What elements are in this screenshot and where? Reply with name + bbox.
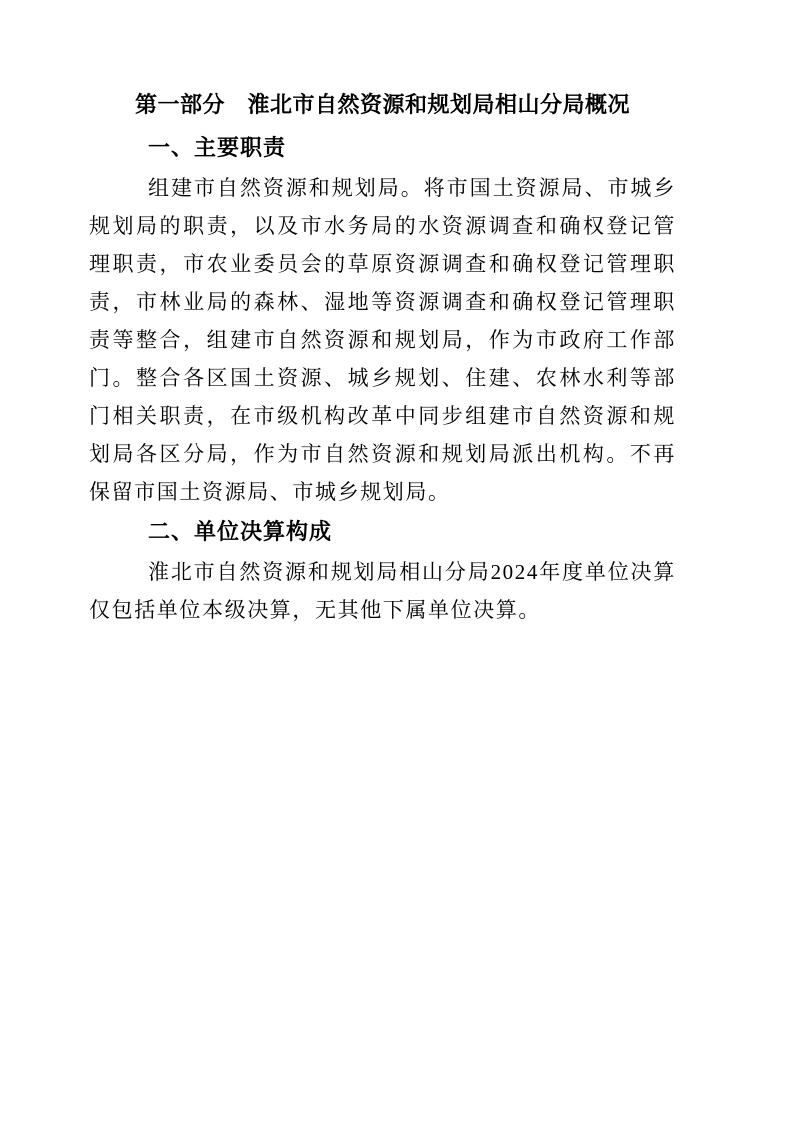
section-unit-final-accounts-composition: 二、单位决算构成 淮北市自然资源和规划局相山分局2024年度单位决算仅包括单位本… [89, 517, 676, 629]
document-page: 第一部分 淮北市自然资源和规划局相山分局概况 一、主要职责 组建市自然资源和规划… [0, 0, 793, 1122]
document-title: 第一部分 淮北市自然资源和规划局相山分局概况 [89, 90, 676, 120]
section-main-duties: 一、主要职责 组建市自然资源和规划局。将市国土资源局、市城乡规划局的职责，以及市… [89, 133, 676, 511]
section-heading-unit-final-accounts-composition: 二、单位决算构成 [89, 517, 676, 547]
section-heading-main-duties: 一、主要职责 [89, 133, 676, 163]
paragraph-unit-final-accounts-composition: 淮北市自然资源和规划局相山分局2024年度单位决算仅包括单位本级决算，无其他下属… [89, 553, 676, 629]
paragraph-main-duties: 组建市自然资源和规划局。将市国土资源局、市城乡规划局的职责，以及市水务局的水资源… [89, 169, 676, 511]
